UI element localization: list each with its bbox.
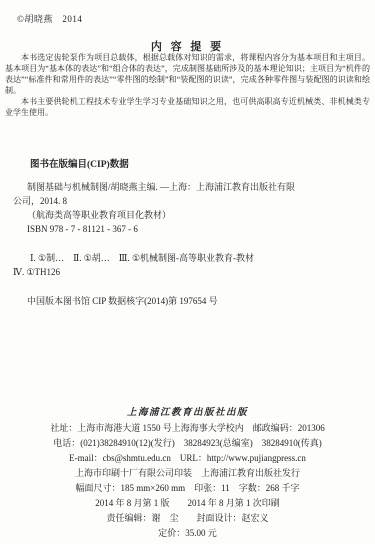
copyright-notice: ©胡晓燕 2014 [17, 12, 82, 25]
publisher-name-line: 上海浦江教育出版社出版 [0, 406, 375, 421]
cip-classification-line-2: Ⅳ. ①TH126 [13, 265, 362, 279]
cip-heading: 图书在版编目(CIP)数据 [30, 156, 129, 170]
publisher-email-url-line: E-mail：cbs@shmtu.edu.cn URL：http://www.p… [0, 451, 375, 466]
colophon-block: 上海浦江教育出版社出版 社址：上海市海港大道 1550 号上海海事大学校内 邮政… [0, 406, 375, 541]
cip-title-line-1: 制图基础与机械制图/胡晓燕主编. —上海：上海浦江教育出版社有限 [13, 180, 362, 194]
format-specs-line: 幅面尺寸：185 mm×260 mm 印张：11 字数：268 千字 [0, 481, 375, 496]
edition-printing-line: 2014 年 8 月第 1 版 2014 年 8 月第 1 次印刷 [0, 496, 375, 511]
cip-classification-line-1: Ⅰ. ①制… Ⅱ. ①胡… Ⅲ. ①机械制图-高等职业教育-教材 [13, 251, 362, 265]
summary-paragraph-2: 本书主要供轮机工程技术专业学生学习专业基础知识之用，也可供高职高专近机械类、非机… [5, 96, 370, 118]
price-line: 定价：35.00 元 [0, 526, 375, 541]
publisher-phone-line: 电话：(021)38284910(12)(发行) 38284923(总编室) 3… [0, 436, 375, 451]
cip-series-line: （航海类高等职业教育项目化教材） [13, 208, 362, 222]
publisher-address-line: 社址：上海市海港大道 1550 号上海海事大学校内 邮政编码：201306 [0, 421, 375, 436]
cip-record-line: 中国版本图书馆 CIP 数据核字(2014)第 197654 号 [13, 294, 362, 308]
cip-title-line-2: 公司，2014. 8 [13, 194, 362, 208]
printing-distribution-line: 上海市印刷十厂有限公司印装 上海浦江教育出版社发行 [0, 466, 375, 481]
summary-paragraph-1: 本书选定齿轮泵作为项目总载体，根据总载体对知识的需求，将课程内容分为基本项目和主… [5, 52, 370, 96]
cip-isbn-line: ISBN 978 - 7 - 81121 - 367 - 6 [13, 222, 362, 236]
editor-designer-line: 责任编辑：谢 尘 封面设计：赵宏义 [0, 511, 375, 526]
book-copyright-page: ©胡晓燕 2014 内 容 提 要 本书选定齿轮泵作为项目总载体，根据总载体对知… [0, 0, 375, 544]
summary-body: 本书选定齿轮泵作为项目总载体，根据总载体对知识的需求，将课程内容分为基本项目和主… [5, 52, 370, 118]
cip-block: 制图基础与机械制图/胡晓燕主编. —上海：上海浦江教育出版社有限 公司，2014… [13, 180, 362, 308]
